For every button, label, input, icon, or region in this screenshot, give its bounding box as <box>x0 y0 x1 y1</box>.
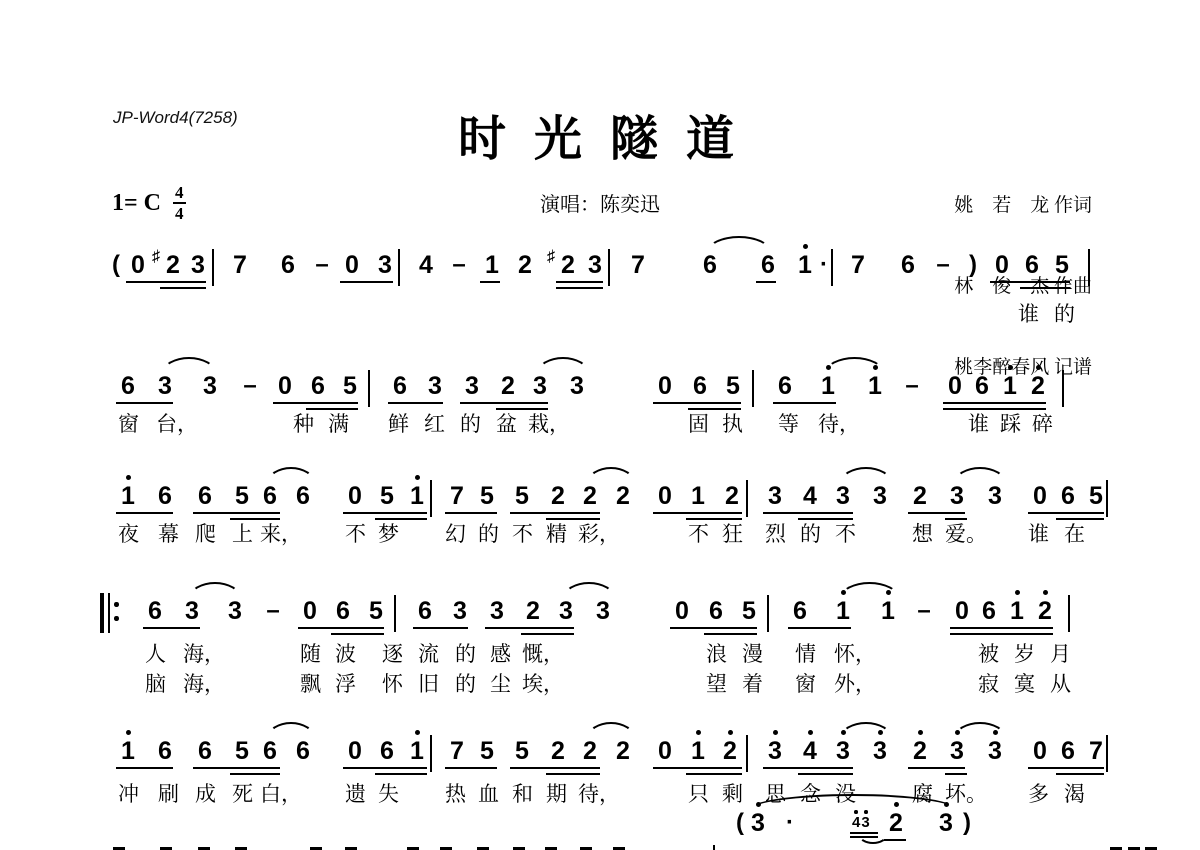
lyric-syllable: 的 <box>455 668 476 698</box>
beam-line <box>521 633 574 635</box>
beam-line <box>510 767 600 769</box>
note-digit: 3 <box>487 598 507 624</box>
note-digit: 1 <box>688 483 708 509</box>
note-digit: 6 <box>390 373 410 399</box>
lyric-syllable: 不 <box>688 518 709 548</box>
beam-line <box>193 767 280 769</box>
note-digit: 6 <box>333 598 353 624</box>
music-symbol: ( <box>730 810 750 836</box>
note-digit: 6 <box>278 252 298 278</box>
octave-dot <box>126 475 131 480</box>
lyric-syllable: 外， <box>834 668 876 698</box>
note-digit: 3 <box>585 252 605 278</box>
music-symbol: – <box>449 252 469 278</box>
note-digit: 1 <box>1000 373 1020 399</box>
lyric-syllable: 被 <box>978 638 999 668</box>
lyric-syllable: 只 <box>688 778 709 808</box>
note-digit: 6 <box>155 483 175 509</box>
note-digit: 7 <box>230 252 250 278</box>
lyric-syllable: 浪 <box>706 638 727 668</box>
note-digit: 1 <box>833 598 853 624</box>
lyric-syllable: 岁 <box>1014 638 1035 668</box>
beam-line <box>950 627 1053 629</box>
barline <box>212 249 214 286</box>
note-digit: 2 <box>558 252 578 278</box>
octave-dot <box>803 244 808 249</box>
beam-line <box>1056 773 1104 775</box>
note-digit: 3 <box>765 738 785 764</box>
lyric-syllable: 从 <box>1050 668 1071 698</box>
note-digit: 1 <box>482 252 502 278</box>
cutoff-fragment <box>713 845 715 850</box>
note-digit: 1 <box>407 483 427 509</box>
barline <box>430 480 432 517</box>
tie-arc <box>840 722 892 738</box>
barline <box>752 370 754 407</box>
lyric-syllable: 和 <box>512 778 533 808</box>
beam-line <box>798 773 853 775</box>
lyric-syllable: 的 <box>460 408 481 438</box>
note-digit: 3 <box>155 373 175 399</box>
note-digit: 6 <box>155 738 175 764</box>
octave-dot <box>864 810 868 814</box>
note-digit: 0 <box>342 252 362 278</box>
music-symbol: – <box>914 598 934 624</box>
note-digit: 3 <box>765 483 785 509</box>
lyric-syllable: 梦 <box>378 518 399 548</box>
note-digit: 3 <box>748 810 768 836</box>
tie-arc <box>954 467 1006 483</box>
note-digit: 4 <box>800 738 820 764</box>
music-symbol: – <box>263 598 283 624</box>
note-digit: 3 <box>985 738 1005 764</box>
note-digit: 1 <box>118 738 138 764</box>
note-digit: 6 <box>1058 483 1078 509</box>
note-digit: 3 <box>375 252 395 278</box>
note-digit: 5 <box>340 373 360 399</box>
music-symbol: ) <box>963 252 983 278</box>
note-digit: 2 <box>613 738 633 764</box>
note-digit: 7 <box>628 252 648 278</box>
note-digit: 7 <box>447 738 467 764</box>
lyric-syllable: 剩 <box>722 778 743 808</box>
note-digit: 2 <box>163 252 183 278</box>
note-digit: 6 <box>1022 252 1042 278</box>
beam-line <box>670 627 757 629</box>
lyric-syllable: 白， <box>260 778 302 808</box>
lyric-syllable: 的 <box>455 638 476 668</box>
note-digit: 6 <box>195 738 215 764</box>
lyric-syllable: 情 <box>795 638 816 668</box>
octave-dot <box>1036 365 1041 370</box>
beam-line <box>485 627 574 629</box>
note-digit: 5 <box>512 738 532 764</box>
beam-line <box>1020 287 1070 289</box>
beam-line <box>546 773 600 775</box>
note-digit: 2 <box>498 373 518 399</box>
note-digit: 3 <box>947 738 967 764</box>
lyric-syllable: 窗 <box>795 668 816 698</box>
tie-arc <box>840 582 899 598</box>
lyric-syllable: 血 <box>478 778 499 808</box>
octave-dot <box>126 730 131 735</box>
note-digit: 1 <box>818 373 838 399</box>
lyric-syllable: 夜 <box>118 518 139 548</box>
tie-arc <box>563 582 615 598</box>
lyric-syllable: 台， <box>156 408 198 438</box>
sharp-icon: ♯ <box>544 248 558 266</box>
music-symbol: ) <box>957 810 977 836</box>
note-digit: 0 <box>655 483 675 509</box>
lyric-syllable: 踩 <box>1000 408 1021 438</box>
note-digit: 2 <box>548 738 568 764</box>
barline <box>1062 370 1064 407</box>
note-digit: 5 <box>723 373 743 399</box>
music-symbol: ( <box>106 252 126 278</box>
note-digit: 6 <box>790 598 810 624</box>
note-digit: 2 <box>548 483 568 509</box>
octave-dot <box>415 730 420 735</box>
beam-line <box>653 512 742 514</box>
lyric-syllable: 狂 <box>722 518 743 548</box>
note-digit: 2 <box>580 738 600 764</box>
repeat-dot <box>114 602 119 607</box>
beam-line <box>756 281 776 283</box>
music-symbol: – <box>902 373 922 399</box>
barline <box>1106 735 1108 772</box>
note-digit: 6 <box>308 373 328 399</box>
note-digit: 5 <box>1052 252 1072 278</box>
note-digit: 2 <box>613 483 633 509</box>
lyric-syllable: 成 <box>195 778 216 808</box>
lyric-syllable: 谁 <box>1018 298 1039 328</box>
lyric-syllable: 期 <box>546 778 567 808</box>
beam-line <box>763 767 853 769</box>
lyric-syllable: 感 <box>490 638 511 668</box>
lyric-syllable: 波 <box>335 638 356 668</box>
lyric-syllable: 待， <box>578 778 620 808</box>
note-digit: 5 <box>232 483 252 509</box>
barline <box>1068 595 1070 632</box>
lyric-syllable: 的 <box>800 518 821 548</box>
lyric-syllable: 浮 <box>335 668 356 698</box>
barline <box>1106 480 1108 517</box>
lyric-syllable: 失 <box>378 778 399 808</box>
note-digit: 6 <box>1058 738 1078 764</box>
lyric-syllable: 冲 <box>118 778 139 808</box>
beam-line <box>340 281 393 283</box>
beam-line <box>945 773 967 775</box>
note-digit: 2 <box>910 738 930 764</box>
lyric-syllable: 栽， <box>528 408 570 438</box>
octave-dot <box>1008 365 1013 370</box>
tie-arc <box>858 834 888 844</box>
barline <box>831 249 833 286</box>
note-digit: 6 <box>706 598 726 624</box>
lyric-syllable: 海， <box>183 638 225 668</box>
lyric-syllable: 寂 <box>978 668 999 698</box>
tie-arc <box>267 722 315 738</box>
beam-line <box>990 281 1070 283</box>
lyric-syllable: 来， <box>260 518 302 548</box>
beam-line <box>375 773 427 775</box>
barline <box>767 595 769 632</box>
lyric-syllable: 脑 <box>145 668 166 698</box>
note-digit: 1 <box>878 598 898 624</box>
barline <box>746 735 748 772</box>
lyric-syllable: 幻 <box>445 518 466 548</box>
lyric-syllable: 想 <box>912 518 933 548</box>
note-digit: 6 <box>775 373 795 399</box>
lyric-syllable: 埃， <box>522 668 564 698</box>
note-digit: 2 <box>910 483 930 509</box>
lyric-syllable: 遗 <box>345 778 366 808</box>
note-digit: 4 <box>416 252 436 278</box>
note-digit: 3 <box>225 598 245 624</box>
tie-arc <box>840 467 892 483</box>
lyric-syllable: 鲜 <box>388 408 409 438</box>
note-digit: 1 <box>795 252 815 278</box>
beam-line <box>388 402 443 404</box>
note-digit: 0 <box>952 598 972 624</box>
beam-line <box>445 512 497 514</box>
tie-arc <box>707 236 771 252</box>
lyric-syllable: 红 <box>424 408 445 438</box>
beam-line <box>343 767 427 769</box>
repeat-dot <box>114 616 119 621</box>
octave-dot <box>918 730 923 735</box>
beam-line <box>445 767 497 769</box>
lyric-syllable: 人 <box>145 638 166 668</box>
lyric-syllable: 海， <box>183 668 225 698</box>
lyric-syllable: 盆 <box>496 408 517 438</box>
note-digit: 3 <box>833 738 853 764</box>
beam-line <box>704 633 757 635</box>
beam-line <box>1028 767 1104 769</box>
octave-dot <box>415 475 420 480</box>
repeat-thin-bar <box>108 593 110 633</box>
beam-line <box>298 627 384 629</box>
lyric-syllable: 不 <box>345 518 366 548</box>
barline <box>398 249 400 286</box>
lyric-syllable: 月 <box>1050 638 1071 668</box>
note-digit: 0 <box>1030 483 1050 509</box>
lyric-syllable: 爬 <box>195 518 216 548</box>
note-digit: 3 <box>425 373 445 399</box>
beam-line <box>653 767 742 769</box>
note-digit: 6 <box>293 738 313 764</box>
music-symbol: – <box>933 252 953 278</box>
grace-notes: 43 <box>852 815 871 831</box>
note-digit: 6 <box>700 252 720 278</box>
lyric-syllable: 精 <box>546 518 567 548</box>
score-area: (0♯2376–034–12♯237661·76–)065谁的633–06563… <box>0 0 1200 850</box>
repeat-start-barline <box>100 593 120 633</box>
beam-line <box>950 633 1053 635</box>
lyric-syllable: 彩， <box>578 518 620 548</box>
note-digit: 2 <box>580 483 600 509</box>
note-digit: 3 <box>567 373 587 399</box>
note-digit: 5 <box>512 483 532 509</box>
sharp-icon: ♯ <box>149 248 163 266</box>
note-digit: 5 <box>232 738 252 764</box>
note-digit: 0 <box>992 252 1012 278</box>
lyric-syllable: 执 <box>722 408 743 438</box>
lyric-syllable: 怀， <box>834 638 876 668</box>
barline <box>430 735 432 772</box>
lyric-syllable: 尘 <box>490 668 511 698</box>
note-digit: 6 <box>377 738 397 764</box>
repeat-thick-bar <box>100 593 104 633</box>
barline <box>608 249 610 286</box>
note-digit: 6 <box>979 598 999 624</box>
note-digit: 6 <box>972 373 992 399</box>
octave-dot <box>1015 590 1020 595</box>
beam-line <box>480 281 500 283</box>
beam-line <box>193 512 280 514</box>
lyric-syllable: 爱。 <box>945 518 987 548</box>
note-digit: 2 <box>515 252 535 278</box>
note-digit: 6 <box>293 483 313 509</box>
lyric-syllable: 漫 <box>742 638 763 668</box>
beam-line <box>943 408 1046 410</box>
lyric-syllable: 种 <box>293 408 314 438</box>
lyric-syllable: 不 <box>835 518 856 548</box>
lyric-syllable: 慨， <box>522 638 564 668</box>
lyric-syllable: 固 <box>688 408 709 438</box>
note-digit: 3 <box>462 373 482 399</box>
lyric-syllable: 渴 <box>1064 778 1085 808</box>
note-digit: 0 <box>128 252 148 278</box>
lyric-syllable: 死 <box>232 778 253 808</box>
beam-line <box>556 281 603 283</box>
note-digit: 1 <box>1007 598 1027 624</box>
note-digit: 0 <box>655 373 675 399</box>
beam-line <box>556 287 603 289</box>
lyric-syllable: 窗 <box>118 408 139 438</box>
note-digit: 3 <box>870 738 890 764</box>
beam-line <box>763 512 853 514</box>
note-digit: 0 <box>672 598 692 624</box>
note-digit: 0 <box>1030 738 1050 764</box>
beam-line <box>686 773 742 775</box>
note-digit: 2 <box>886 810 906 836</box>
lyric-syllable: 待， <box>818 408 860 438</box>
barline <box>746 480 748 517</box>
note-digit: 5 <box>1086 483 1106 509</box>
note-digit: 1 <box>407 738 427 764</box>
beam-line <box>460 402 548 404</box>
tie-arc <box>162 357 216 373</box>
note-digit: 6 <box>758 252 778 278</box>
note-digit: 5 <box>477 738 497 764</box>
beam-line <box>273 402 358 404</box>
note-digit: 2 <box>1028 373 1048 399</box>
octave-dot <box>1043 590 1048 595</box>
lyric-syllable: 的 <box>478 518 499 548</box>
lyric-syllable: 满 <box>328 408 349 438</box>
beam-line <box>653 402 741 404</box>
beam-line <box>908 767 965 769</box>
note-digit: 3 <box>936 810 956 836</box>
beam-line <box>884 839 906 841</box>
beam-line <box>788 627 851 629</box>
beam-line <box>116 402 173 404</box>
lyric-syllable: 寞 <box>1014 668 1035 698</box>
note-digit: 6 <box>260 738 280 764</box>
beam-line <box>943 402 1046 404</box>
note-digit: 6 <box>145 598 165 624</box>
note-digit: 6 <box>260 483 280 509</box>
lyric-syllable: 谁 <box>968 408 989 438</box>
beam-line <box>116 767 173 769</box>
lyric-syllable: 等 <box>778 408 799 438</box>
beam-line <box>116 512 173 514</box>
lyric-syllable: 谁 <box>1028 518 1049 548</box>
beam-line <box>230 773 280 775</box>
note-digit: 6 <box>898 252 918 278</box>
note-digit: 0 <box>300 598 320 624</box>
note-digit: 7 <box>1086 738 1106 764</box>
tie-arc <box>825 357 884 373</box>
octave-dot <box>808 730 813 735</box>
note-digit: 7 <box>848 252 868 278</box>
note-digit: 5 <box>377 483 397 509</box>
lyric-syllable: 幕 <box>158 518 179 548</box>
octave-dot <box>854 810 858 814</box>
lyric-syllable: 望 <box>706 668 727 698</box>
note-digit: 6 <box>195 483 215 509</box>
lyric-syllable: 飘 <box>300 668 321 698</box>
note-digit: 1 <box>688 738 708 764</box>
note-digit: 3 <box>200 373 220 399</box>
note-digit: 3 <box>188 252 208 278</box>
barline <box>368 370 370 407</box>
lyric-syllable: 着 <box>742 668 763 698</box>
note-digit: 0 <box>275 373 295 399</box>
octave-dot <box>728 730 733 735</box>
beam-line <box>773 402 836 404</box>
lyric-syllable: 多 <box>1028 778 1049 808</box>
lyric-syllable: 流 <box>418 638 439 668</box>
beam-line <box>908 512 965 514</box>
music-symbol: · <box>780 810 800 836</box>
sheet-music-page: JP-Word4(7258) 时 光 隧 道 1= C 4 4 演唱：陈奕迅 姚… <box>0 0 1200 850</box>
note-digit: 6 <box>690 373 710 399</box>
note-digit: 0 <box>345 738 365 764</box>
lyric-syllable: 逐 <box>382 638 403 668</box>
beam-line <box>1028 512 1104 514</box>
lyric-syllable: 不 <box>512 518 533 548</box>
note-digit: 0 <box>945 373 965 399</box>
barline <box>1088 249 1090 286</box>
note-digit: 2 <box>1035 598 1055 624</box>
tie-arc <box>537 357 589 373</box>
note-digit: 7 <box>447 483 467 509</box>
barline <box>394 595 396 632</box>
beam-line <box>331 633 384 635</box>
note-digit: 0 <box>345 483 365 509</box>
note-digit: 5 <box>366 598 386 624</box>
lyric-syllable: 旧 <box>418 668 439 698</box>
lyric-syllable: 随 <box>300 638 321 668</box>
music-symbol: – <box>312 252 332 278</box>
note-digit: 3 <box>530 373 550 399</box>
note-digit: 3 <box>947 483 967 509</box>
note-digit: 2 <box>720 738 740 764</box>
tie-arc <box>954 722 1006 738</box>
note-digit: 2 <box>523 598 543 624</box>
